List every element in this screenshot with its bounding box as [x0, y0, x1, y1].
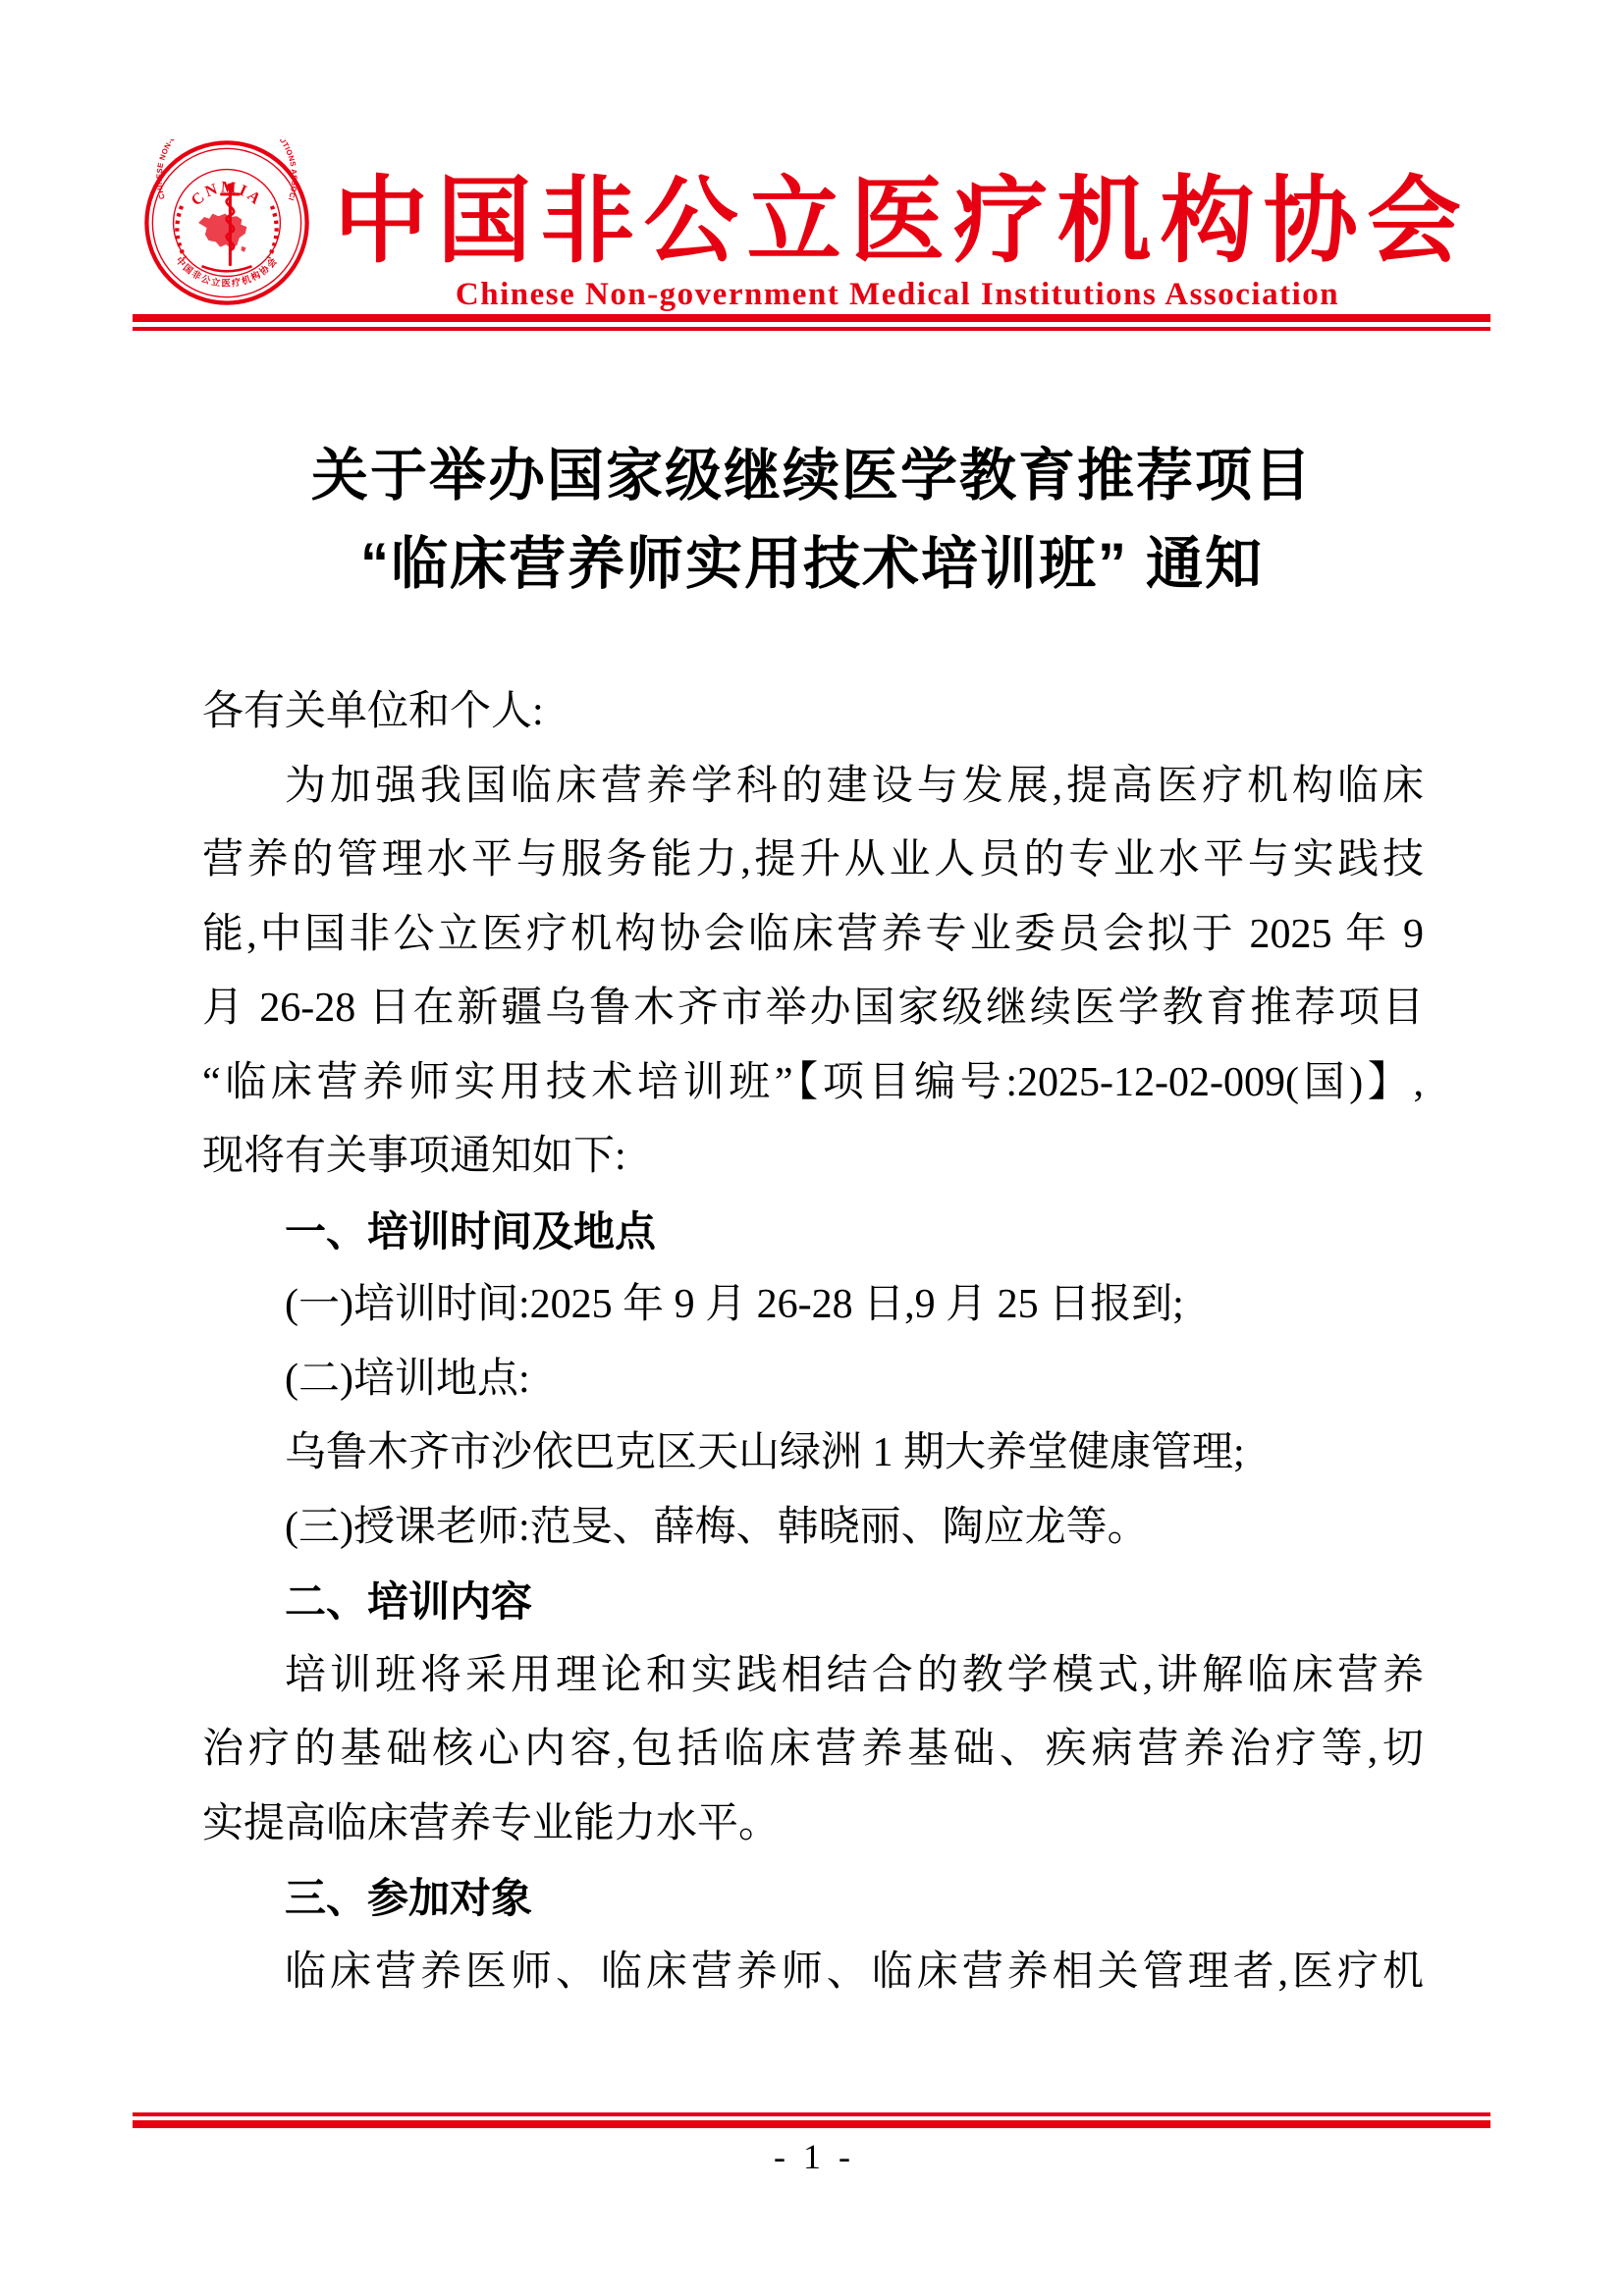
- body-line: 营养的管理水平与服务能力,提升从业人员的专业水平与实践技: [202, 824, 1424, 898]
- section-heading-3: 三、参加对象: [202, 1861, 1424, 1936]
- body-line: (二)培训地点:: [202, 1343, 1424, 1417]
- association-seal-logo: CHINESE NON-GOVERNMENT MEDICAL INSTITUTI…: [143, 139, 310, 306]
- china-map: [198, 214, 246, 248]
- footer-rule-thick: [133, 2120, 1490, 2128]
- laurel-branch-left: [177, 206, 185, 258]
- body-line: 月 26-28 日在新疆乌鲁木齐市举办国家级继续医学教育推荐项目: [202, 972, 1424, 1046]
- org-title-english: Chinese Non-government Medical Instituti…: [334, 277, 1461, 313]
- body-line: (三)授课老师:范旻、薛梅、韩晓丽、陶应龙等。: [202, 1491, 1424, 1566]
- org-title-chinese: 中国非公立医疗机构协会: [334, 167, 1461, 277]
- section-heading-1: 一、培训时间及地点: [202, 1195, 1424, 1269]
- body-line: 现将有关事项通知如下:: [202, 1120, 1424, 1195]
- notice-body: 各有关单位和个人: 为加强我国临床营养学科的建设与发展,提高医疗机构临床 营养的…: [202, 675, 1424, 2009]
- document-title-line1: 关于举办国家级继续医学教育推荐项目: [0, 432, 1624, 520]
- body-line: 能,中国非公立医疗机构协会临床营养专业委员会拟于 2025 年 9: [202, 898, 1424, 973]
- footer-rule-thin: [133, 2112, 1490, 2116]
- body-line: 治疗的基础核心内容,包括临床营养基础、疾病营养治疗等,切: [202, 1713, 1424, 1788]
- body-line: 实提高临床营养专业能力水平。: [202, 1788, 1424, 1862]
- letterhead-rule-thick: [133, 314, 1490, 322]
- letterhead-rule-thin: [133, 327, 1490, 331]
- china-map-island: [241, 246, 245, 252]
- notice-document-page: CHINESE NON-GOVERNMENT MEDICAL INSTITUTI…: [0, 0, 1624, 2296]
- page-number: - 1 -: [0, 2136, 1624, 2177]
- body-line: 为加强我国临床营养学科的建设与发展,提高医疗机构临床: [202, 750, 1424, 825]
- body-line: (一)培训时间:2025 年 9 月 26-28 日,9 月 25 日报到;: [202, 1268, 1424, 1343]
- body-line: “临床营养师实用技术培训班”【项目编号:2025-12-02-009(国)】,: [202, 1046, 1424, 1121]
- body-line: 临床营养医师、临床营养师、临床营养相关管理者,医疗机: [202, 1936, 1424, 2010]
- laurel-branch-right: [269, 206, 277, 258]
- salutation: 各有关单位和个人:: [202, 675, 1424, 750]
- laurel-base: [202, 266, 252, 271]
- body-line: 培训班将采用理论和实践相结合的教学模式,讲解临床营养: [202, 1639, 1424, 1714]
- document-title-line2: “临床营养师实用技术培训班” 通知: [0, 520, 1624, 609]
- section-heading-2: 二、培训内容: [202, 1565, 1424, 1639]
- body-line: 乌鲁木齐市沙依巴克区天山绿洲 1 期大养堂健康管理;: [202, 1416, 1424, 1491]
- document-title: 关于举办国家级继续医学教育推荐项目 “临床营养师实用技术培训班” 通知: [0, 432, 1624, 609]
